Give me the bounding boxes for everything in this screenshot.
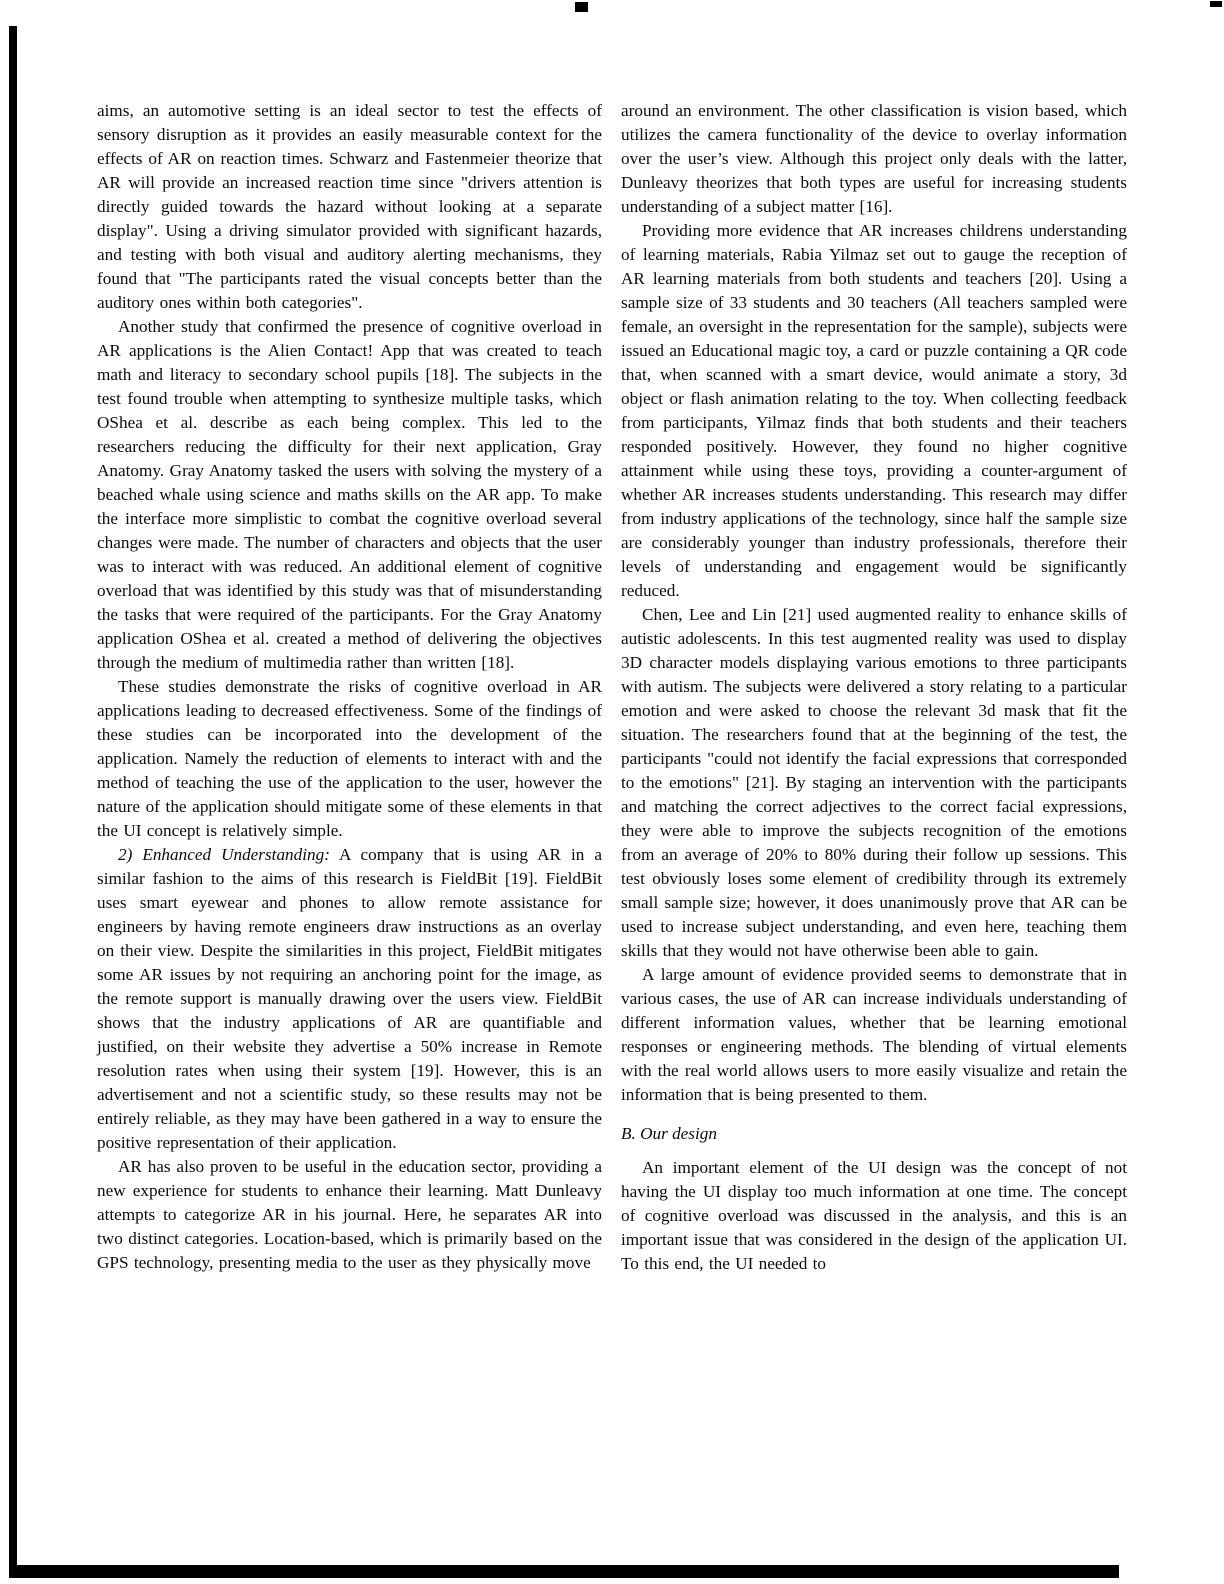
body-paragraph: aims, an automotive setting is an ideal … [97,99,602,315]
body-paragraph: Another study that confirmed the presenc… [97,315,602,675]
subsection-heading: B. Our design [621,1122,1127,1146]
body-paragraph: A large amount of evidence provided seem… [621,963,1127,1107]
scan-artifact-top-right [1210,1,1222,7]
body-paragraph: AR has also proven to be useful in the e… [97,1155,602,1275]
scan-artifact-top-center [575,2,588,12]
scan-artifact-bottom-edge [9,1565,1119,1578]
paragraph-text: A company that is using AR in a similar … [97,845,602,1152]
right-column: around an environment. The other classif… [621,99,1127,1276]
body-paragraph-with-run-in-heading: 2) Enhanced Understanding: A company tha… [97,843,602,1155]
body-paragraph: Chen, Lee and Lin [21] used augmented re… [621,603,1127,963]
run-in-heading: 2) Enhanced Understanding: [118,845,330,864]
paper-page: aims, an automotive setting is an ideal … [0,0,1224,1584]
scan-artifact-left-edge [9,26,17,1575]
body-paragraph: An important element of the UI design wa… [621,1156,1127,1276]
body-paragraph: around an environment. The other classif… [621,99,1127,219]
left-column: aims, an automotive setting is an ideal … [97,99,602,1275]
body-paragraph: Providing more evidence that AR increase… [621,219,1127,603]
body-paragraph: These studies demonstrate the risks of c… [97,675,602,843]
